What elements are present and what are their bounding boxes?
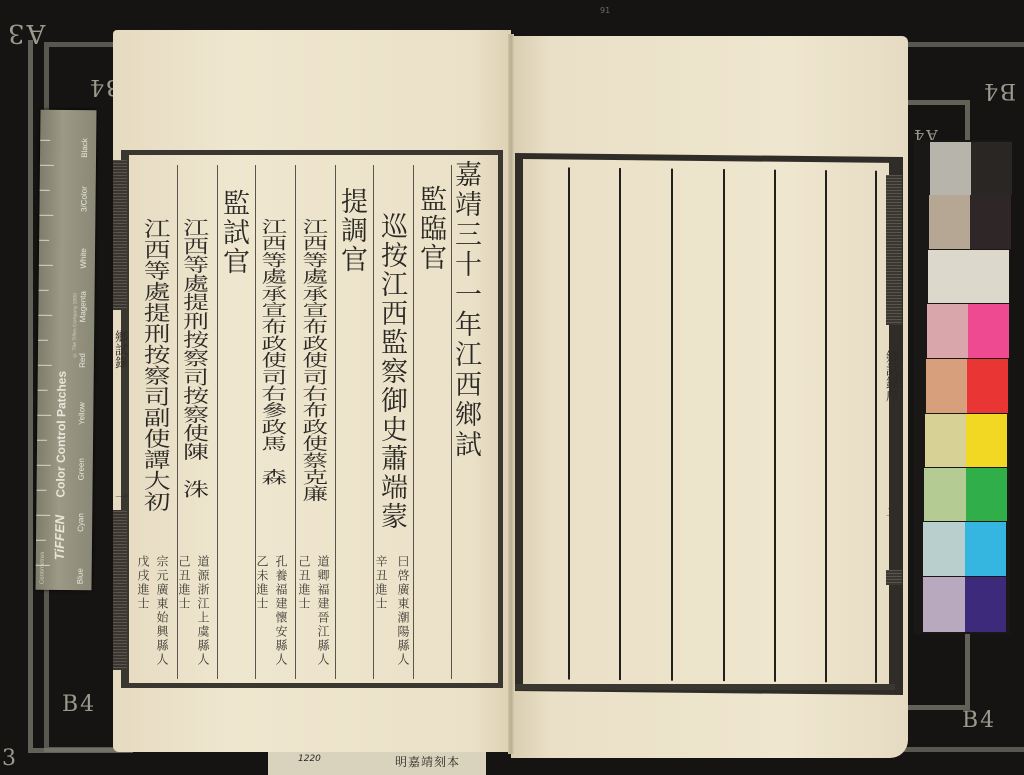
note-jianshi-1-degree: 己丑進士: [178, 555, 190, 611]
text-jianshi-title: 監試官: [220, 189, 247, 276]
right-banxin: 鄉試錄序 二: [880, 175, 906, 585]
patch-cyan-light: [923, 522, 965, 576]
ruler-color-blue: Blue: [76, 568, 85, 584]
patch-gray-light: [930, 142, 971, 195]
text-jianlin-title: 監臨官: [417, 185, 444, 272]
ruler-color-3color: 3/Color: [79, 186, 88, 212]
patch-black: [971, 142, 1012, 195]
text-jianshi-2: 江西等處提刑按察司副使譚大初: [141, 218, 168, 512]
patch-tan: [929, 195, 970, 249]
tag-title: 明嘉靖刻本: [395, 753, 460, 770]
top-number: 91: [600, 6, 610, 15]
column-rule: [619, 168, 621, 680]
right-page-frame: [515, 153, 903, 695]
fishtail-bottom: [113, 510, 127, 670]
note-jianlin-origin: 曰啓廣東潮陽縣人: [397, 555, 409, 667]
patch-white: [928, 250, 1009, 303]
column-rule: [671, 169, 673, 681]
column-rule: [774, 170, 776, 682]
column-rule: [723, 169, 725, 681]
banxin-page-right: 二: [884, 505, 897, 518]
label-3-corner: 3: [2, 746, 18, 771]
column-rule: [295, 165, 296, 679]
page-heading: 嘉靖三十一年江西鄉試: [452, 160, 479, 460]
banxin-title-left: 鄉試錄: [113, 330, 126, 369]
fishtail-top: [113, 160, 127, 310]
ruler-color-black: Black: [80, 139, 89, 159]
column-rule: [413, 165, 414, 679]
banxin-title-right: 鄉試錄序: [884, 350, 897, 402]
ruler-color-white: White: [79, 248, 88, 269]
patch-yellow-light: [925, 414, 966, 467]
patch-lavender: [923, 577, 965, 632]
color-control-ruler: Centimetres TiFFEN Color Control Patches…: [35, 110, 96, 591]
label-a3: A3: [6, 18, 45, 48]
ruler-color-red: Red: [78, 353, 87, 368]
right-frame-bottom-rule: [515, 684, 895, 690]
ruler-unit-label: Centimetres: [40, 551, 46, 583]
fishtail-bottom: [886, 570, 902, 585]
patch-orange-light: [926, 359, 967, 413]
patch-red: [967, 359, 1008, 413]
patch-magenta: [968, 304, 1009, 358]
ruler-brand: TiFFEN: [52, 515, 67, 560]
patch-green: [966, 468, 1007, 521]
ruler-color-yellow: Yellow: [77, 402, 86, 425]
column-rule: [875, 171, 877, 683]
tag-number: 1220: [298, 754, 321, 764]
note-jianshi-2-degree: 戊戌進士: [137, 555, 149, 611]
text-jianlin-name: 巡按江西監察御史蕭端蒙: [378, 212, 405, 531]
ruler-title: Color Control Patches: [53, 371, 68, 498]
note-tidiao-2-degree: 乙未進士: [256, 555, 268, 611]
text-tidiao-2: 江西等處承宣布政使司右參政馬 森: [258, 218, 284, 485]
column-rule: [568, 168, 570, 680]
note-tidiao-2-origin: 孔養福建懷安縣人: [275, 555, 287, 667]
patch-blue-violet: [965, 577, 1006, 632]
note-tidiao-1-degree: 己丑進士: [298, 555, 310, 611]
label-b4-bottom-right: B4: [962, 708, 996, 733]
fishtail-top: [886, 175, 902, 325]
ruler-color-green: Green: [77, 458, 86, 480]
text-jianshi-1: 江西等處提刑按察司按察使陳 洙: [180, 218, 206, 499]
ruler-color-cyan: Cyan: [76, 513, 85, 532]
left-banxin: 鄉試錄 一: [113, 160, 127, 680]
patch-cyan: [965, 522, 1006, 576]
text-tidiao-title: 提調官: [338, 187, 365, 274]
gutter: [508, 34, 514, 754]
label-b4-bottom-left: B4: [62, 692, 96, 717]
column-rule: [825, 170, 827, 682]
note-tidiao-1-origin: 道卿福建晉江縣人: [317, 555, 329, 667]
patch-dark-brown: [970, 195, 1011, 249]
patch-green-light: [924, 468, 966, 521]
patch-yellow: [966, 414, 1007, 467]
note-jianshi-1-origin: 道源浙江上虞縣人: [197, 555, 209, 667]
text-tidiao-1: 江西等處承宣布政使司右布政使蔡克廉: [299, 218, 325, 502]
ruler-color-magenta: Magenta: [78, 291, 87, 322]
patch-pink-light: [927, 304, 968, 358]
note-jianshi-2-origin: 宗元廣東始興縣人: [156, 555, 168, 667]
label-b4-right-upper: B4: [982, 78, 1016, 103]
color-patch-strip: [914, 140, 1010, 634]
banxin-page-left: 一: [113, 490, 126, 503]
note-jianlin-degree: 辛丑進士: [375, 555, 387, 611]
call-number-tag: 1220 明嘉靖刻本: [268, 752, 486, 775]
